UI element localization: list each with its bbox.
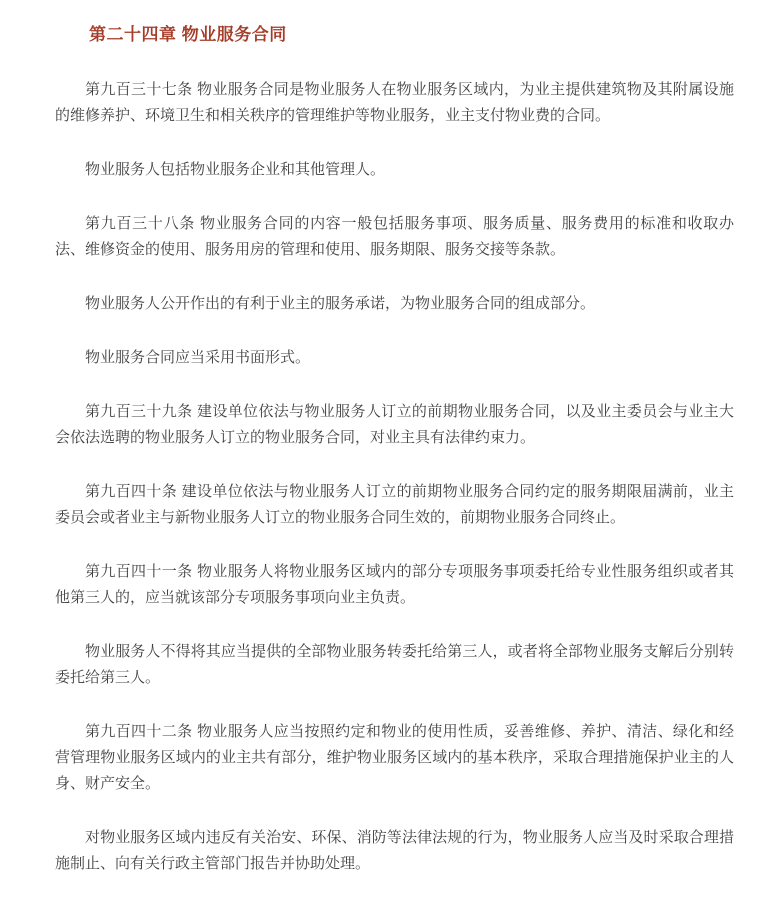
chapter-title: 第二十四章 物业服务合同 xyxy=(55,22,734,48)
article-body: 第九百三十七条 物业服务合同是物业服务人在物业服务区域内，为业主提供建筑物及其附… xyxy=(55,77,734,877)
article-paragraph: 物业服务人包括物业服务企业和其他管理人。 xyxy=(55,157,734,183)
article-paragraph: 物业服务人公开作出的有利于业主的服务承诺，为物业服务合同的组成部分。 xyxy=(55,291,734,317)
article-paragraph: 第九百三十九条 建设单位依法与物业服务人订立的前期物业服务合同，以及业主委员会与… xyxy=(55,399,734,451)
article-paragraph: 物业服务合同应当采用书面形式。 xyxy=(55,345,734,371)
document-page: 第二十四章 物业服务合同 第九百三十七条 物业服务合同是物业服务人在物业服务区域… xyxy=(0,0,782,913)
article-paragraph: 物业服务人不得将其应当提供的全部物业服务转委托给第三人，或者将全部物业服务支解后… xyxy=(55,639,734,691)
article-paragraph: 对物业服务区域内违反有关治安、环保、消防等法律法规的行为，物业服务人应当及时采取… xyxy=(55,825,734,877)
article-paragraph: 第九百四十条 建设单位依法与物业服务人订立的前期物业服务合同约定的服务期限届满前… xyxy=(55,479,734,531)
article-paragraph: 第九百四十二条 物业服务人应当按照约定和物业的使用性质，妥善维修、养护、清洁、绿… xyxy=(55,719,734,797)
article-paragraph: 第九百四十一条 物业服务人将物业服务区域内的部分专项服务事项委托给专业性服务组织… xyxy=(55,559,734,611)
article-paragraph: 第九百三十七条 物业服务合同是物业服务人在物业服务区域内，为业主提供建筑物及其附… xyxy=(55,77,734,129)
article-paragraph: 第九百三十八条 物业服务合同的内容一般包括服务事项、服务质量、服务费用的标准和收… xyxy=(55,211,734,263)
